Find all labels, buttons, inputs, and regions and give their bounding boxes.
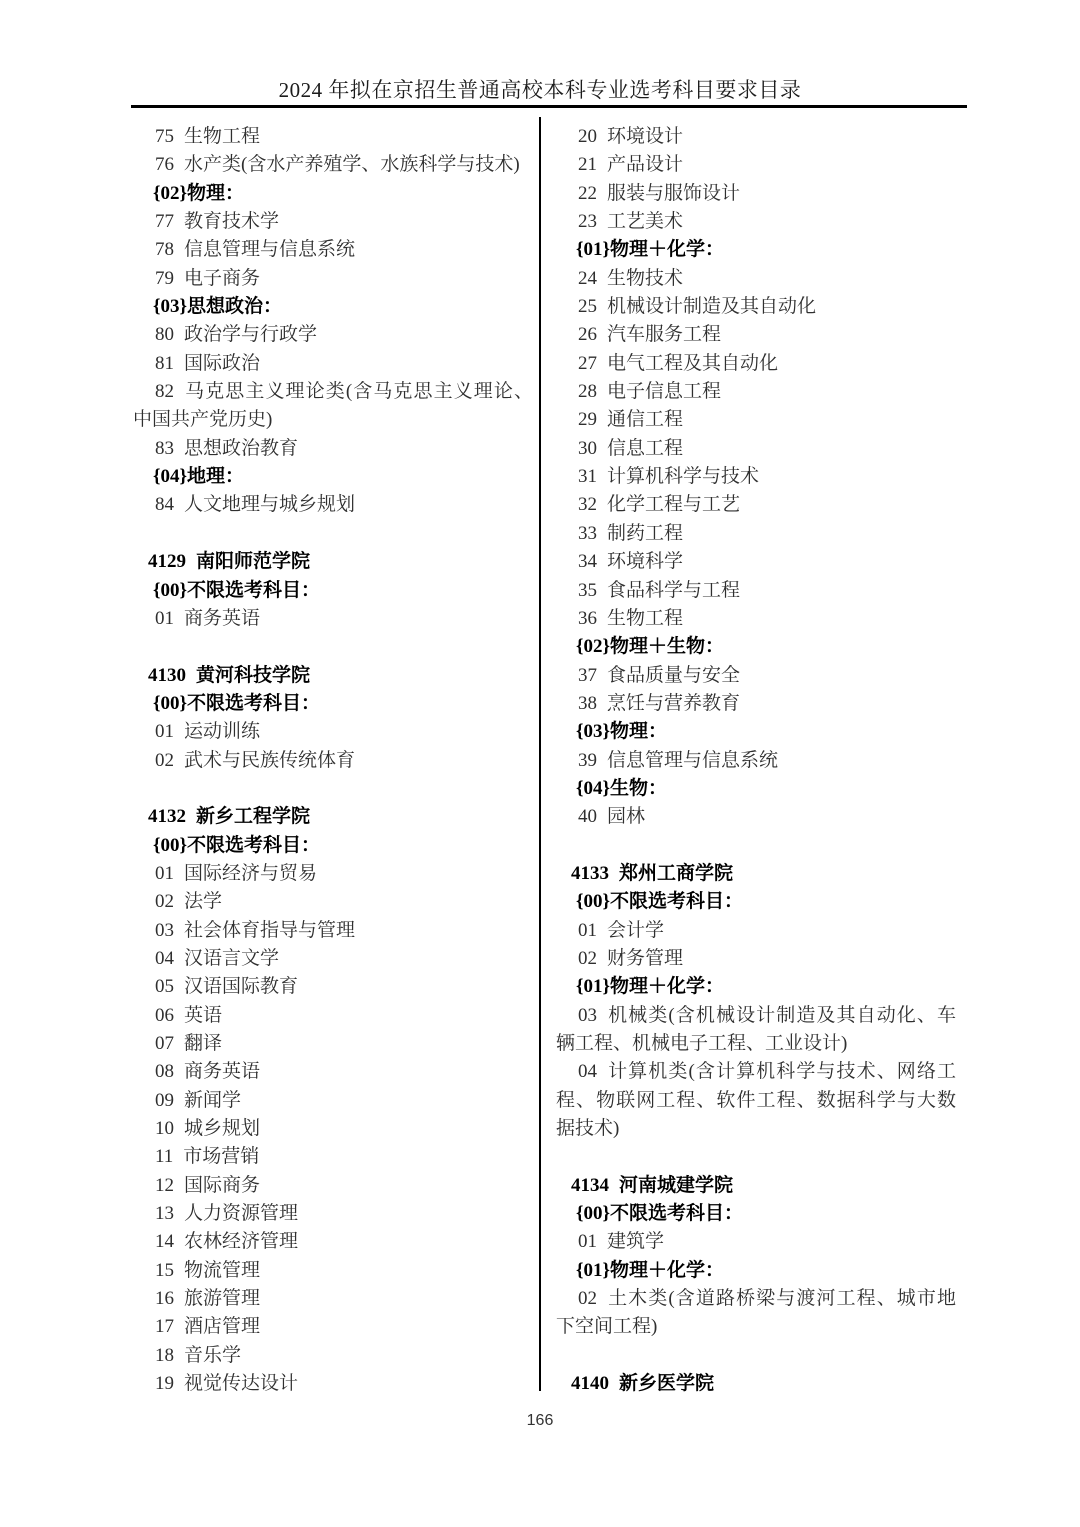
school-heading: 4132新乡工程学院: [133, 803, 533, 831]
subject-requirement-heading: {00}不限选考科目：: [556, 888, 956, 916]
major-name: 产品设计: [607, 154, 683, 175]
major-entry: 23工艺美术: [556, 208, 956, 236]
major-name: 生物工程: [607, 608, 683, 629]
major-entry-continuation: 据技术): [556, 1115, 956, 1143]
major-number: 03: [155, 920, 174, 941]
major-name: 武术与民族传统体育: [184, 750, 355, 771]
major-entry: 04汉语言文学: [133, 945, 533, 973]
major-number: 35: [578, 580, 597, 601]
major-number: 76: [155, 154, 174, 175]
major-entry: 06英语: [133, 1002, 533, 1030]
subject-requirement-heading: {02}物理＋生物：: [556, 633, 956, 661]
major-entry: 17酒店管理: [133, 1313, 533, 1341]
major-entry: 75生物工程: [133, 123, 533, 151]
major-number: 37: [578, 665, 597, 686]
major-entry: 82马克思主义理论类(含马克思主义理论、: [133, 378, 533, 406]
major-entry: 18音乐学: [133, 1342, 533, 1370]
major-name: 马克思主义理论类(含马克思主义理论、: [184, 381, 533, 402]
major-entry: 79电子商务: [133, 265, 533, 293]
major-entry: 80政治学与行政学: [133, 321, 533, 349]
major-number: 28: [578, 381, 597, 402]
major-entry: 03机械类(含机械设计制造及其自动化、车: [556, 1002, 956, 1030]
major-name: 会计学: [607, 920, 664, 941]
major-name: 商务英语: [184, 608, 260, 629]
major-entry: 04计算机类(含计算机科学与技术、网络工: [556, 1058, 956, 1086]
major-number: 83: [155, 438, 174, 459]
blank-line: [556, 832, 956, 860]
major-entry: 15物流管理: [133, 1257, 533, 1285]
major-number: 01: [578, 1231, 597, 1252]
major-number: 32: [578, 494, 597, 515]
major-entry: 83思想政治教育: [133, 435, 533, 463]
major-name: 信息工程: [607, 438, 683, 459]
major-entry: 01会计学: [556, 917, 956, 945]
major-entry: 76水产类(含水产养殖学、水族科学与技术): [133, 151, 533, 179]
major-name: 电气工程及其自动化: [607, 353, 778, 374]
school-heading: 4129南阳师范学院: [133, 548, 533, 576]
major-name: 思想政治教育: [184, 438, 298, 459]
major-number: 02: [578, 948, 597, 969]
major-number: 26: [578, 324, 597, 345]
school-name: 新乡工程学院: [196, 806, 310, 827]
major-name: 农林经济管理: [184, 1231, 298, 1252]
major-entry: 01商务英语: [133, 605, 533, 633]
major-name: 汽车服务工程: [607, 324, 721, 345]
header-rule: [131, 105, 967, 108]
subject-requirement-heading: {03}物理：: [556, 718, 956, 746]
major-entry: 24生物技术: [556, 265, 956, 293]
major-entry: 20环境设计: [556, 123, 956, 151]
major-number: 04: [578, 1061, 597, 1082]
major-entry-continuation: 辆工程、机械电子工程、工业设计): [556, 1030, 956, 1058]
major-entry: 31计算机科学与技术: [556, 463, 956, 491]
major-entry: 11市场营销: [133, 1143, 533, 1171]
major-number: 20: [578, 126, 597, 147]
major-number: 38: [578, 693, 597, 714]
blank-line: [556, 1143, 956, 1171]
major-entry: 78信息管理与信息系统: [133, 236, 533, 264]
school-code: 4130: [148, 665, 186, 686]
school-heading: 4130黄河科技学院: [133, 662, 533, 690]
major-entry: 40园林: [556, 803, 956, 831]
major-entry: 02法学: [133, 888, 533, 916]
school-code: 4132: [148, 806, 186, 827]
major-number: 09: [155, 1090, 174, 1111]
major-number: 01: [155, 721, 174, 742]
subject-requirement-heading: {00}不限选考科目：: [133, 832, 533, 860]
major-entry-continuation: 下空间工程): [556, 1313, 956, 1341]
major-number: 34: [578, 551, 597, 572]
major-name: 服装与服饰设计: [607, 183, 740, 204]
major-number: 05: [155, 976, 174, 997]
school-heading: 4133郑州工商学院: [556, 860, 956, 888]
subject-requirement-heading: {04}生物：: [556, 775, 956, 803]
major-number: 21: [578, 154, 597, 175]
major-name: 水产类(含水产养殖学、水族科学与技术): [184, 154, 520, 175]
major-entry: 10城乡规划: [133, 1115, 533, 1143]
major-number: 06: [155, 1005, 174, 1026]
major-name: 运动训练: [184, 721, 260, 742]
major-name: 汉语国际教育: [184, 976, 298, 997]
major-entry: 01运动训练: [133, 718, 533, 746]
subject-requirement-heading: {00}不限选考科目：: [556, 1200, 956, 1228]
major-name: 旅游管理: [184, 1288, 260, 1309]
major-name: 新闻学: [184, 1090, 241, 1111]
major-number: 02: [155, 750, 174, 771]
major-entry: 38烹饪与营养教育: [556, 690, 956, 718]
major-number: 01: [155, 608, 174, 629]
major-number: 13: [155, 1203, 174, 1224]
major-name: 物流管理: [184, 1260, 260, 1281]
major-name: 英语: [184, 1005, 222, 1026]
school-code: 4129: [148, 551, 186, 572]
major-name: 电子信息工程: [607, 381, 721, 402]
subject-requirement-heading: {01}物理＋化学：: [556, 973, 956, 1001]
major-name: 化学工程与工艺: [607, 494, 740, 515]
major-number: 01: [155, 863, 174, 884]
major-entry-continuation: 程、物联网工程、软件工程、数据科学与大数: [556, 1087, 956, 1115]
major-number: 02: [155, 891, 174, 912]
major-entry: 32化学工程与工艺: [556, 491, 956, 519]
major-entry: 35食品科学与工程: [556, 577, 956, 605]
school-name: 新乡医学院: [619, 1373, 714, 1394]
major-number: 39: [578, 750, 597, 771]
major-name: 食品质量与安全: [607, 665, 740, 686]
major-name: 视觉传达设计: [184, 1373, 298, 1394]
major-name: 计算机科学与技术: [607, 466, 759, 487]
major-number: 31: [578, 466, 597, 487]
major-name: 环境科学: [607, 551, 683, 572]
major-entry: 84人文地理与城乡规划: [133, 491, 533, 519]
major-entry: 12国际商务: [133, 1172, 533, 1200]
major-number: 25: [578, 296, 597, 317]
major-number: 11: [155, 1146, 173, 1167]
major-name: 音乐学: [184, 1345, 241, 1366]
major-number: 18: [155, 1345, 174, 1366]
major-number: 23: [578, 211, 597, 232]
subject-requirement-heading: {01}物理＋化学：: [556, 1257, 956, 1285]
page-header-title: 2024 年拟在京招生普通高校本科专业选考科目要求目录: [0, 74, 1080, 104]
major-name: 烹饪与营养教育: [607, 693, 740, 714]
major-name: 信息管理与信息系统: [184, 239, 355, 260]
major-name: 土木类(含道路桥梁与渡河工程、城市地: [607, 1288, 956, 1309]
school-name: 河南城建学院: [619, 1175, 733, 1196]
major-name: 园林: [607, 806, 645, 827]
major-entry-continuation: 中国共产党历史): [133, 406, 533, 434]
school-heading: 4140新乡医学院: [556, 1370, 956, 1398]
major-name: 工艺美术: [607, 211, 683, 232]
major-entry: 19视觉传达设计: [133, 1370, 533, 1398]
major-number: 24: [578, 268, 597, 289]
major-entry: 03社会体育指导与管理: [133, 917, 533, 945]
major-number: 04: [155, 948, 174, 969]
major-name: 环境设计: [607, 126, 683, 147]
school-code: 4133: [571, 863, 609, 884]
major-number: 01: [578, 920, 597, 941]
major-name: 生物技术: [607, 268, 683, 289]
school-name: 郑州工商学院: [619, 863, 733, 884]
subject-requirement-heading: {03}思想政治：: [133, 293, 533, 321]
major-entry: 27电气工程及其自动化: [556, 350, 956, 378]
major-number: 75: [155, 126, 174, 147]
school-code: 4140: [571, 1373, 609, 1394]
column-divider: [539, 117, 541, 1391]
major-number: 15: [155, 1260, 174, 1281]
major-name: 国际经济与贸易: [184, 863, 317, 884]
major-entry: 02土木类(含道路桥梁与渡河工程、城市地: [556, 1285, 956, 1313]
major-name: 市场营销: [183, 1146, 259, 1167]
major-name: 酒店管理: [184, 1316, 260, 1337]
major-number: 81: [155, 353, 174, 374]
major-entry: 08商务英语: [133, 1058, 533, 1086]
major-number: 14: [155, 1231, 174, 1252]
column-left: 75生物工程76水产类(含水产养殖学、水族科学与技术){02}物理：77教育技术…: [133, 123, 533, 1398]
school-name: 南阳师范学院: [196, 551, 310, 572]
major-name: 汉语言文学: [184, 948, 279, 969]
major-entry: 07翻译: [133, 1030, 533, 1058]
major-name: 人力资源管理: [184, 1203, 298, 1224]
school-heading: 4134河南城建学院: [556, 1172, 956, 1200]
major-entry: 39信息管理与信息系统: [556, 747, 956, 775]
blank-line: [133, 520, 533, 548]
major-number: 79: [155, 268, 174, 289]
major-name: 法学: [184, 891, 222, 912]
major-name: 国际商务: [184, 1175, 260, 1196]
major-entry: 09新闻学: [133, 1087, 533, 1115]
page: 2024 年拟在京招生普通高校本科专业选考科目要求目录 75生物工程76水产类(…: [0, 0, 1080, 1527]
major-number: 29: [578, 409, 597, 430]
major-entry: 26汽车服务工程: [556, 321, 956, 349]
major-entry: 33制药工程: [556, 520, 956, 548]
subject-requirement-heading: {00}不限选考科目：: [133, 690, 533, 718]
major-entry: 28电子信息工程: [556, 378, 956, 406]
major-name: 财务管理: [607, 948, 683, 969]
major-number: 27: [578, 353, 597, 374]
school-name: 黄河科技学院: [196, 665, 310, 686]
major-entry: 14农林经济管理: [133, 1228, 533, 1256]
major-entry: 01国际经济与贸易: [133, 860, 533, 888]
major-name: 商务英语: [184, 1061, 260, 1082]
major-number: 12: [155, 1175, 174, 1196]
major-number: 17: [155, 1316, 174, 1337]
major-number: 16: [155, 1288, 174, 1309]
major-name: 教育技术学: [184, 211, 279, 232]
major-number: 77: [155, 211, 174, 232]
major-name: 翻译: [184, 1033, 222, 1054]
major-number: 33: [578, 523, 597, 544]
major-name: 信息管理与信息系统: [607, 750, 778, 771]
major-name: 建筑学: [607, 1231, 664, 1252]
blank-line: [133, 775, 533, 803]
major-number: 82: [155, 381, 174, 402]
subject-requirement-heading: {04}地理：: [133, 463, 533, 491]
major-number: 02: [578, 1288, 597, 1309]
major-number: 19: [155, 1373, 174, 1394]
blank-line: [133, 633, 533, 661]
major-entry: 34环境科学: [556, 548, 956, 576]
subject-requirement-heading: {00}不限选考科目：: [133, 577, 533, 605]
major-number: 36: [578, 608, 597, 629]
major-name: 机械类(含机械设计制造及其自动化、车: [607, 1005, 956, 1026]
major-entry: 02武术与民族传统体育: [133, 747, 533, 775]
major-entry: 81国际政治: [133, 350, 533, 378]
major-number: 07: [155, 1033, 174, 1054]
major-name: 生物工程: [184, 126, 260, 147]
major-entry: 37食品质量与安全: [556, 662, 956, 690]
major-entry: 13人力资源管理: [133, 1200, 533, 1228]
major-entry: 21产品设计: [556, 151, 956, 179]
major-name: 政治学与行政学: [184, 324, 317, 345]
major-name: 国际政治: [184, 353, 260, 374]
major-name: 食品科学与工程: [607, 580, 740, 601]
subject-requirement-heading: {02}物理：: [133, 180, 533, 208]
major-name: 通信工程: [607, 409, 683, 430]
major-entry: 36生物工程: [556, 605, 956, 633]
subject-requirement-heading: {01}物理＋化学：: [556, 236, 956, 264]
major-name: 制药工程: [607, 523, 683, 544]
major-entry: 30信息工程: [556, 435, 956, 463]
major-name: 计算机类(含计算机科学与技术、网络工: [607, 1061, 956, 1082]
major-number: 30: [578, 438, 597, 459]
major-number: 80: [155, 324, 174, 345]
page-number: 166: [0, 1412, 1080, 1430]
major-entry: 16旅游管理: [133, 1285, 533, 1313]
blank-line: [556, 1342, 956, 1370]
major-name: 城乡规划: [184, 1118, 260, 1139]
major-entry: 29通信工程: [556, 406, 956, 434]
major-entry: 25机械设计制造及其自动化: [556, 293, 956, 321]
major-entry: 05汉语国际教育: [133, 973, 533, 1001]
major-entry: 01建筑学: [556, 1228, 956, 1256]
major-name: 机械设计制造及其自动化: [607, 296, 816, 317]
major-entry: 02财务管理: [556, 945, 956, 973]
major-name: 人文地理与城乡规划: [184, 494, 355, 515]
column-right: 20环境设计21产品设计22服装与服饰设计23工艺美术{01}物理＋化学：24生…: [556, 123, 956, 1398]
major-number: 08: [155, 1061, 174, 1082]
major-number: 78: [155, 239, 174, 260]
major-name: 电子商务: [184, 268, 260, 289]
major-name: 社会体育指导与管理: [184, 920, 355, 941]
major-number: 22: [578, 183, 597, 204]
major-entry: 22服装与服饰设计: [556, 180, 956, 208]
major-number: 10: [155, 1118, 174, 1139]
school-code: 4134: [571, 1175, 609, 1196]
major-number: 84: [155, 494, 174, 515]
major-entry: 77教育技术学: [133, 208, 533, 236]
major-number: 03: [578, 1005, 597, 1026]
major-number: 40: [578, 806, 597, 827]
